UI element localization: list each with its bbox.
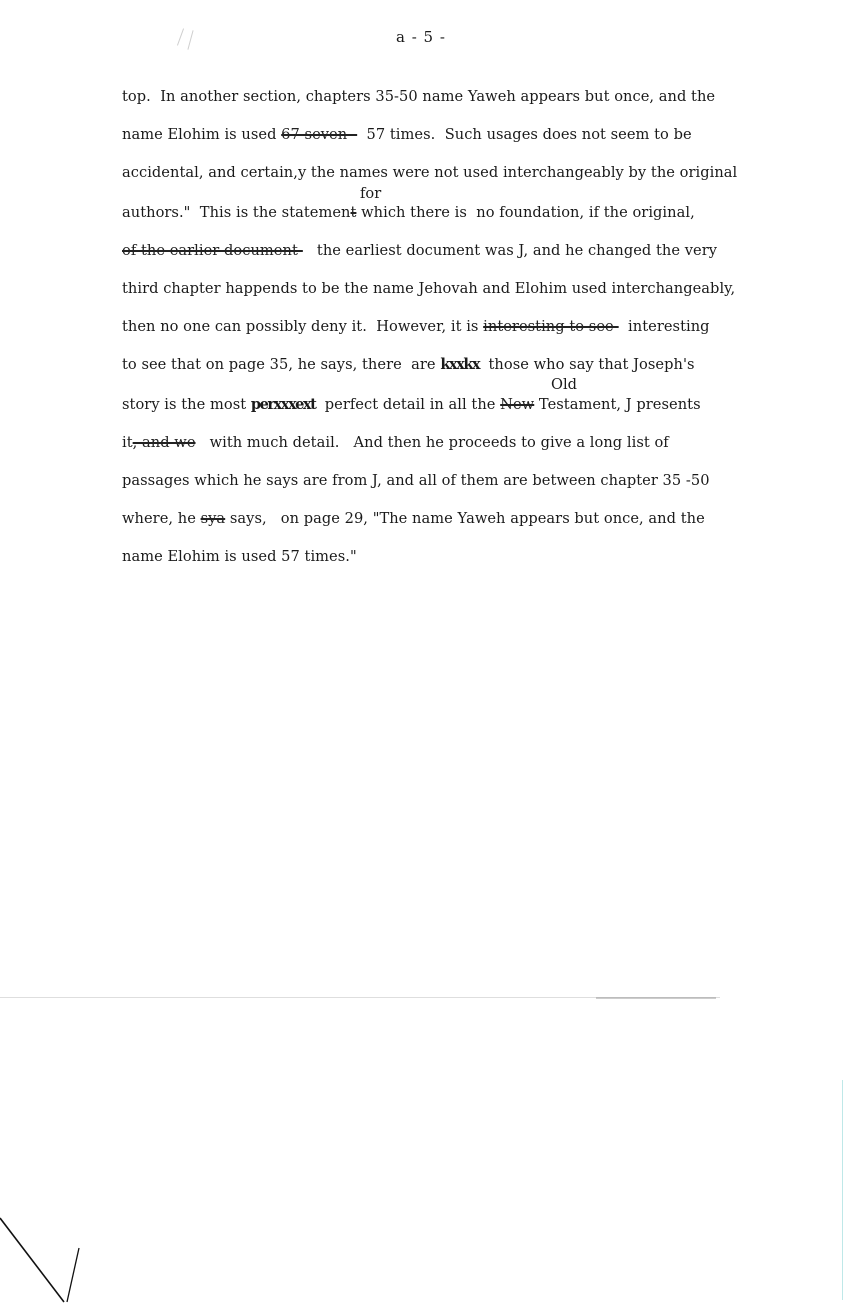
text-segment: 57 times. Such usages does not seem to b… (357, 126, 692, 143)
text-line: accidental, and certain,y the names were… (122, 164, 737, 181)
text-line: it, and we with much detail. And then he… (122, 434, 669, 451)
text-line: passages which he says are from J, and a… (122, 472, 710, 489)
text-segment: authors." This is the statemen (122, 204, 351, 221)
text-segment: name Elohim is used 57 times." (122, 548, 357, 565)
text-line: of the earlier document- the earliest do… (122, 242, 717, 259)
text-line: to see that on page 35, he says, there a… (122, 356, 695, 373)
text-segment: then no one can possibly deny it. Howeve… (122, 318, 483, 335)
xed-out-text: perxxxext (251, 396, 316, 413)
text-segment: story is the most (122, 396, 251, 413)
text-segment: interesting (619, 318, 710, 335)
fold-line (596, 997, 716, 999)
text-line: then no one can possibly deny it. Howeve… (122, 318, 710, 335)
handwritten-insertion-for: for (360, 185, 381, 202)
text-segment: says, on page 29, "The name Yaweh appear… (225, 510, 705, 527)
struck-text: 67 seven-- (281, 126, 357, 143)
text-segment: it (122, 434, 133, 451)
text-segment: Testament, J presents (534, 396, 700, 413)
corner-fold-mark (0, 1210, 100, 1305)
text-line: authors." This is the statement which th… (122, 204, 695, 221)
handwritten-insertion-old: Old (551, 376, 577, 393)
text-line: third chapter happends to be the name Je… (122, 280, 735, 297)
scan-mark (177, 28, 184, 45)
text-segment: accidental, and certain,y the names were… (122, 164, 737, 181)
struck-text: of the earlier document- (122, 242, 303, 259)
scan-mark (187, 30, 193, 50)
text-segment: the earliest document was J, and he chan… (303, 242, 717, 259)
xed-out-text: kxxkx (440, 356, 479, 373)
text-segment: third chapter happends to be the name Je… (122, 280, 735, 297)
struck-text: interesting to see- (483, 318, 619, 335)
text-segment: with much detail. And then he proceeds t… (196, 434, 669, 451)
text-line: where, he sya says, on page 29, "The nam… (122, 510, 705, 527)
text-segment: top. In another section, chapters 35-50 … (122, 88, 715, 105)
text-line: name Elohim is used 57 times." (122, 548, 357, 565)
text-line: top. In another section, chapters 35-50 … (122, 88, 715, 105)
text-segment: perfect detail in all the (315, 396, 500, 413)
page-number: a - 5 - (396, 28, 446, 46)
text-segment: those who say that Joseph's (479, 356, 694, 373)
text-segment: passages which he says are from J, and a… (122, 472, 710, 489)
struck-text: , and we (133, 434, 196, 451)
text-segment: to see that on page 35, he says, there a… (122, 356, 440, 373)
struck-text: sya (201, 510, 226, 527)
text-segment: which there is no foundation, if the ori… (356, 204, 694, 221)
scan-edge (842, 1080, 843, 1300)
struck-text: New (500, 396, 534, 413)
text-line: name Elohim is used 67 seven-- 57 times.… (122, 126, 692, 143)
text-segment: name Elohim is used (122, 126, 281, 143)
text-segment: where, he (122, 510, 201, 527)
text-line: story is the most perxxxext perfect deta… (122, 396, 701, 413)
